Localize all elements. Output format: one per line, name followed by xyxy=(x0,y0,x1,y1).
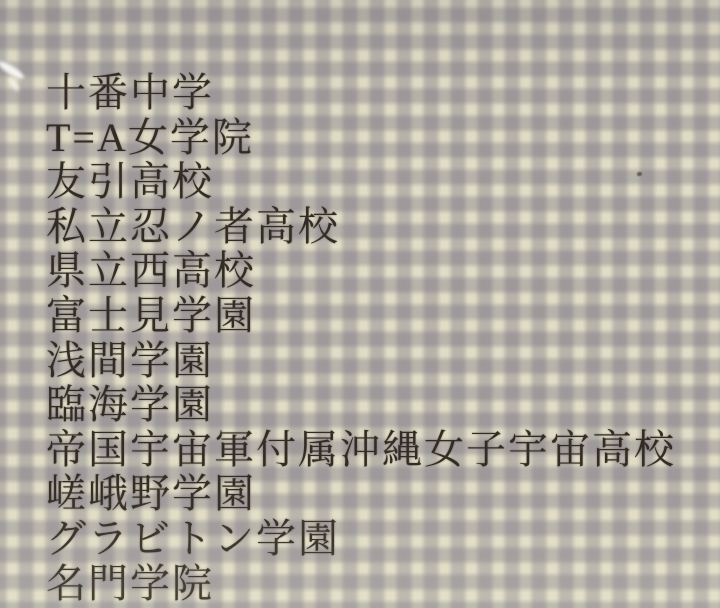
school-list-item: 浅間学園 xyxy=(46,339,676,384)
school-name-list: 十番中学 T=A女学院 友引高校 私立忍ノ者高校 県立西高校 富士見学園 浅間学… xyxy=(46,71,676,606)
school-list-item: 嵯峨野学園 xyxy=(46,472,676,517)
school-list-item: 臨海学園 xyxy=(46,383,676,428)
school-list-item: 名門学院 xyxy=(46,562,676,607)
school-list-item: 富士見学園 xyxy=(46,294,676,339)
school-list-item: 帝国宇宙軍付属沖縄女子宇宙高校 xyxy=(46,428,676,473)
school-list-item: グラビトン学園 xyxy=(46,517,676,562)
school-list-item: 私立忍ノ者高校 xyxy=(46,205,676,250)
school-list-item: 十番中学 xyxy=(46,71,676,116)
printed-page-photo: 十番中学 T=A女学院 友引高校 私立忍ノ者高校 県立西高校 富士見学園 浅間学… xyxy=(0,0,720,608)
school-list-item: T=A女学院 xyxy=(46,116,676,161)
school-list-item: 友引高校 xyxy=(46,160,676,205)
school-list-item: 県立西高校 xyxy=(46,249,676,294)
